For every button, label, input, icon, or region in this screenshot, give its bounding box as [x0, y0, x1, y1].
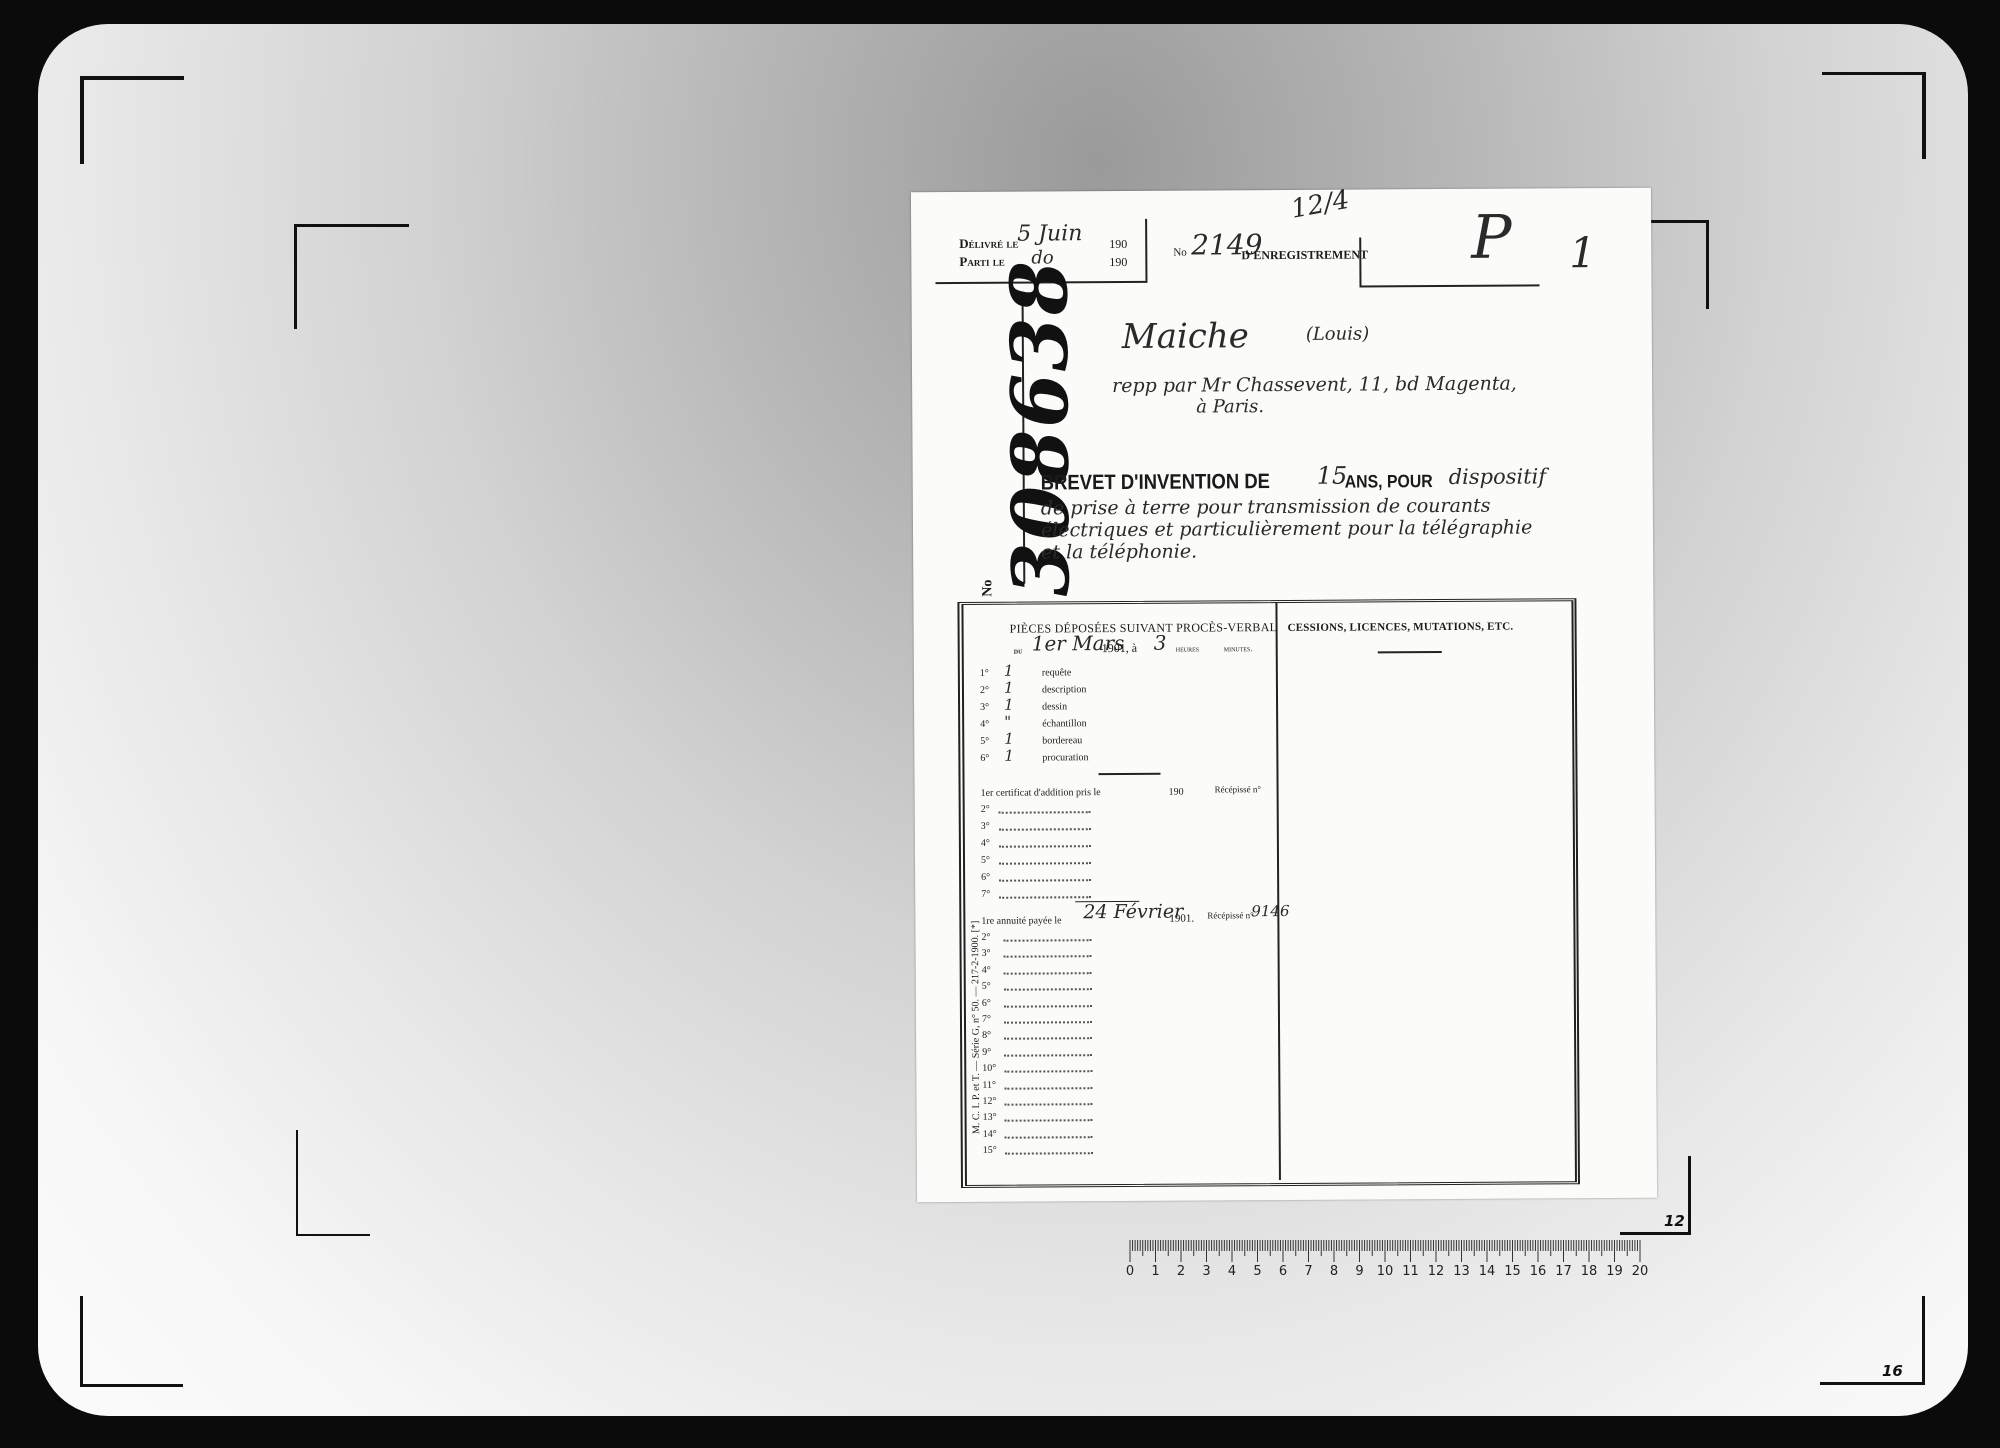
- patent-number-prefix: No: [980, 580, 995, 597]
- patent-register-sheet: Délivré le 5 Juin 190 Parti le do 190 No…: [911, 188, 1657, 1203]
- pieces-du-label: du: [1014, 646, 1023, 656]
- annuite-row-number: 13°: [983, 1112, 997, 1123]
- applicant-representative: repp par Mr Chassevent, 11, bd Magenta,: [1112, 373, 1517, 397]
- ruler-tick-label: 11: [1402, 1264, 1419, 1279]
- ruler-tick-label: 7: [1304, 1264, 1312, 1279]
- ruler-tick-label: 13: [1453, 1264, 1470, 1279]
- ruler-tick-label: 1: [1151, 1264, 1159, 1279]
- piece-label: procuration: [1042, 752, 1088, 763]
- annuite-row-number: 7°: [982, 1014, 991, 1025]
- certificat-row-number: 3°: [981, 821, 990, 832]
- certificat-first-label: 1er certificat d'addition pris le: [981, 787, 1101, 799]
- annuite-row-number: 14°: [983, 1129, 997, 1140]
- delivre-year: 190: [1109, 237, 1127, 252]
- registration-label: D'ENREGISTREMENT: [1241, 247, 1368, 263]
- annuite-recepisse-value: 9146: [1251, 902, 1289, 920]
- annuite-date: 24 Février: [1083, 901, 1183, 924]
- piece-number: 1°: [980, 668, 989, 679]
- ruler-tick-label: 0: [1126, 1264, 1134, 1279]
- inner-page-number: 12: [1664, 1212, 1685, 1230]
- ruler-tick-label: 19: [1606, 1264, 1623, 1279]
- ruler-tick-label: 5: [1253, 1264, 1261, 1279]
- side-imprint: M. C. I. P. et T. — Série G, n° 50. — 21…: [970, 907, 982, 1147]
- certificat-row-number: 5°: [981, 855, 990, 866]
- annuite-row-number: 2°: [981, 932, 990, 943]
- title-subject-line3: électriques et particulièrement pour la …: [1041, 516, 1532, 541]
- annuite-row-number: 4°: [982, 965, 991, 976]
- annuite-row-number: 12°: [982, 1096, 996, 1107]
- pieces-hour: 3: [1154, 631, 1167, 655]
- annuite-row-number: 8°: [982, 1030, 991, 1041]
- piece-label: description: [1042, 684, 1087, 695]
- piece-label: dessin: [1042, 701, 1067, 712]
- number-mark: 1: [1569, 228, 1596, 277]
- ruler-tick-label: 17: [1555, 1264, 1572, 1279]
- ruler-tick-label: 10: [1377, 1264, 1394, 1279]
- annuite-row-number: 5°: [982, 981, 991, 992]
- ruler-tick-label: 3: [1202, 1264, 1210, 1279]
- delivre-label: Délivré le: [959, 236, 1018, 252]
- crop-mark-inner-bottom-left: [296, 1130, 370, 1236]
- ruler-tick-label: 12: [1428, 1264, 1445, 1279]
- cessions-heading: CESSIONS, LICENCES, MUTATIONS, ETC.: [1288, 621, 1514, 634]
- piece-number: 2°: [980, 685, 989, 696]
- piece-count: 1: [1004, 696, 1014, 714]
- applicant-name: Maiche: [1122, 316, 1249, 357]
- title-subject-line2: de prise à terre pour transmission de co…: [1041, 495, 1491, 520]
- ruler-tick-label: 9: [1355, 1264, 1363, 1279]
- certificat-year: 190: [1169, 787, 1184, 798]
- piece-count: 1: [1004, 662, 1014, 680]
- title-subject-line1: dispositif: [1449, 464, 1547, 489]
- ruler-tick-label: 20: [1632, 1264, 1649, 1279]
- ruler-tick-label: 6: [1279, 1264, 1287, 1279]
- piece-count: 1: [1004, 730, 1014, 748]
- annuite-first-label: 1re annuité payée le: [981, 915, 1061, 926]
- annuite-row-number: 9°: [982, 1047, 991, 1058]
- annuite-row-number: 11°: [982, 1079, 996, 1090]
- annuite-row-number: 6°: [982, 997, 991, 1008]
- pieces-minutes-label: minutes.: [1224, 644, 1253, 653]
- annuite-recepisse-label: Récépissé n°: [1207, 910, 1253, 920]
- piece-label: bordereau: [1042, 735, 1082, 746]
- title-subject-line4: et la téléphonie.: [1041, 541, 1197, 564]
- parti-year: 190: [1109, 255, 1127, 270]
- delivre-value: 5 Juin: [1017, 221, 1082, 246]
- ruler-tick-label: 18: [1581, 1264, 1598, 1279]
- certificat-recepisse-label: Récépissé n°: [1215, 784, 1261, 794]
- piece-count: ": [1004, 713, 1011, 731]
- ruler-tick-label: 8: [1330, 1264, 1338, 1279]
- ruler-tick-label: 16: [1530, 1264, 1547, 1279]
- title-prefix: BREVET D'INVENTION DE: [1041, 470, 1270, 495]
- outer-page-number: 16: [1882, 1362, 1903, 1380]
- certificat-row-number: 6°: [981, 872, 990, 883]
- crop-mark-inner-top-left: [294, 224, 409, 329]
- piece-number: 6°: [980, 753, 989, 764]
- annuite-row-number: 10°: [982, 1063, 996, 1074]
- ruler-tick-label: 4: [1228, 1264, 1236, 1279]
- ruler-tick-label: 2: [1177, 1264, 1185, 1279]
- piece-count: 1: [1004, 679, 1014, 697]
- piece-number: 5°: [980, 736, 989, 747]
- crop-mark-outer-top-right: [1822, 72, 1926, 159]
- crop-mark-outer-bottom-left: [80, 1296, 183, 1387]
- certificat-row-number: 7°: [981, 889, 990, 900]
- crop-mark-outer-bottom-right: [1820, 1296, 1925, 1385]
- piece-number: 4°: [980, 719, 989, 730]
- certificat-row-number: 2°: [981, 804, 990, 815]
- piece-number: 3°: [980, 702, 989, 713]
- pieces-heures-label: heures: [1176, 645, 1199, 654]
- title-mid: ANS, POUR: [1345, 471, 1433, 493]
- scale-ruler: 01234567891011121314151617181920: [1125, 1240, 1645, 1280]
- letter-mark: P: [1471, 203, 1512, 273]
- applicant-city: à Paris.: [1196, 396, 1264, 417]
- ruler-tick-label: 14: [1479, 1264, 1496, 1279]
- title-years: 15: [1317, 462, 1348, 490]
- pieces-year: 1901, à: [1102, 641, 1137, 656]
- annuite-row-number: 15°: [983, 1145, 997, 1156]
- piece-label: requête: [1042, 667, 1072, 678]
- corner-mark: 12/4: [1289, 185, 1352, 225]
- crop-mark-outer-top-left: [80, 76, 184, 164]
- ruler-tick-label: 15: [1504, 1264, 1521, 1279]
- annuite-row-number: 3°: [982, 948, 991, 959]
- certificat-row-number: 4°: [981, 838, 990, 849]
- applicant-first-name: (Louis): [1306, 323, 1370, 344]
- piece-label: échantillon: [1042, 718, 1087, 729]
- annuite-year: 1901.: [1169, 913, 1194, 925]
- registration-prefix: No: [1173, 247, 1187, 259]
- piece-count: 1: [1004, 747, 1014, 765]
